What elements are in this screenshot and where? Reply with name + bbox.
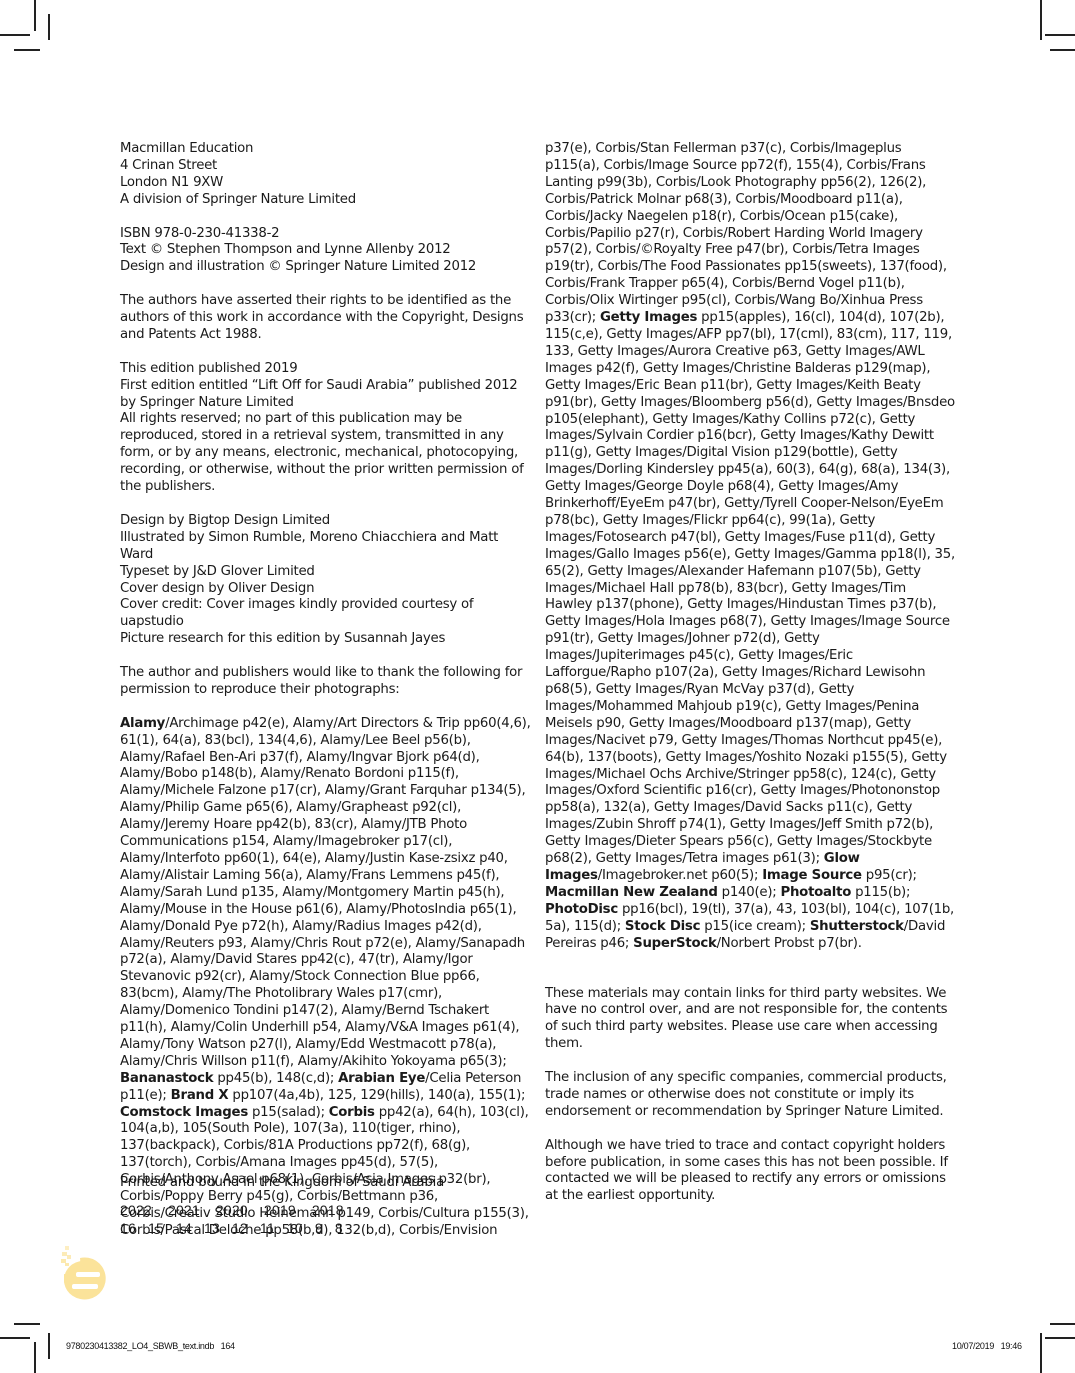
- third-party-notice: These materials may contain links for th…: [545, 986, 957, 1054]
- print-numbers: 1615141312111098: [120, 1220, 355, 1236]
- publisher-address: Macmillan Education 4 Crinan Street Lond…: [120, 141, 532, 209]
- crop-mark: [1040, 0, 1042, 40]
- left-column: Macmillan Education 4 Crinan Street Lond…: [120, 141, 532, 1240]
- crop-mark: [48, 1333, 50, 1359]
- edition-block: This edition published 2019 First editio…: [120, 361, 532, 496]
- crop-mark: [34, 0, 36, 31]
- crop-mark: [1045, 1337, 1075, 1339]
- crop-mark: [48, 14, 50, 40]
- isbn-block: ISBN 978-0-230-41338-2 Text © Stephen Th…: [120, 226, 532, 277]
- copyright-trace-notice: Although we have tried to trace and cont…: [545, 1138, 957, 1206]
- rights-asserted: The authors have asserted their rights t…: [120, 293, 532, 344]
- crop-mark: [0, 1337, 30, 1339]
- photo-credits: Alamy/Archimage p42(e), Alamy/Art Direct…: [120, 716, 532, 1240]
- crop-mark: [14, 1323, 40, 1325]
- crop-mark: [14, 49, 40, 51]
- photo-credits-continued: p37(e), Corbis/Stan Fellerman p37(c), Co…: [545, 141, 957, 953]
- crop-mark: [1045, 34, 1075, 36]
- crop-mark: [0, 34, 30, 36]
- crop-mark: [1050, 1323, 1075, 1325]
- crop-mark: [1040, 1333, 1042, 1373]
- crop-mark: [34, 1342, 36, 1373]
- printed-in: Printed and bound in the Kingdom of Saud…: [120, 1175, 444, 1190]
- timestamp: 10/07/2019 19:46: [952, 1341, 1022, 1351]
- acknowledgement-intro: The author and publishers would like to …: [120, 665, 532, 699]
- credits-block: Design by Bigtop Design Limited Illustra…: [120, 513, 532, 648]
- publisher-logo-icon: [58, 1244, 108, 1304]
- crop-mark: [1050, 49, 1075, 51]
- right-column: p37(e), Corbis/Stan Fellerman p37(c), Co…: [545, 141, 957, 1222]
- file-info: 9780230413382_LO4_SBWB_text.indb 164: [66, 1341, 235, 1351]
- print-years: 20222021202020192018: [120, 1202, 360, 1218]
- inclusion-notice: The inclusion of any specific companies,…: [545, 1070, 957, 1121]
